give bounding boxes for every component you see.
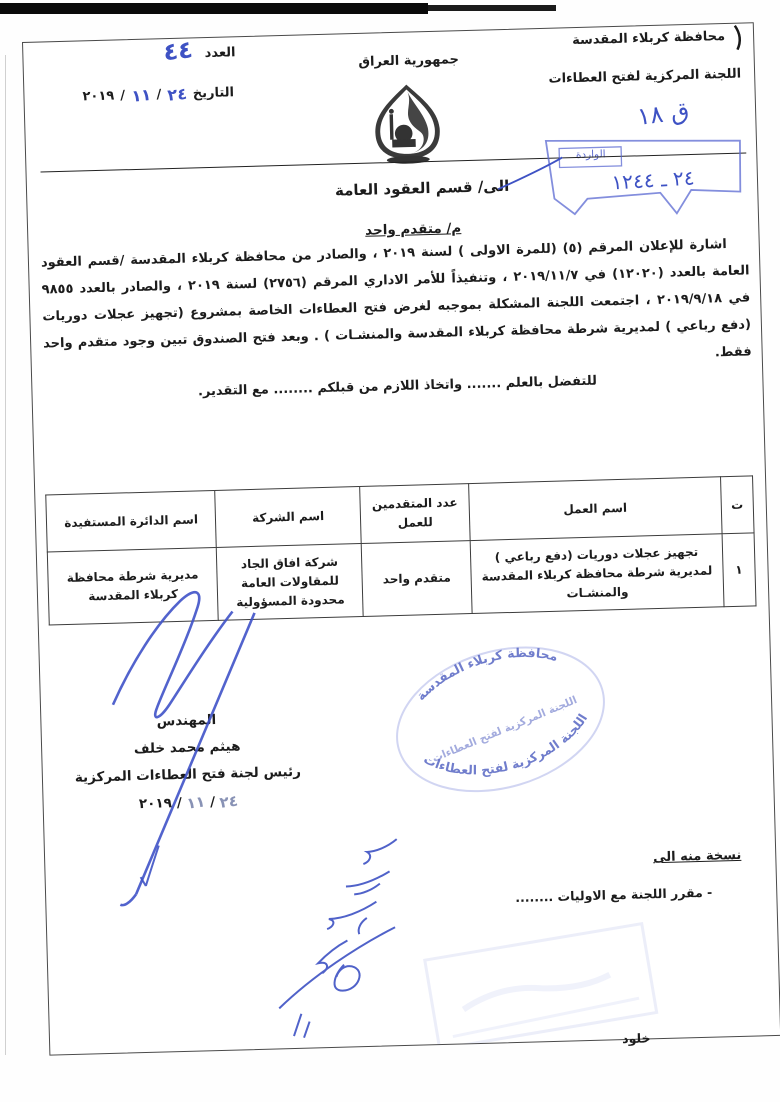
recipient-line: الى/ قسم العقود العامة xyxy=(297,176,547,201)
date-separator: / xyxy=(177,795,182,811)
date-separator: / xyxy=(156,87,161,102)
signature-date: ٢٠١٩ / ١١ / ٢٤ xyxy=(68,791,308,815)
copy-to-item: - مقرر اللجنة مع الاوليات ........ xyxy=(515,885,712,905)
col-header-beneficiary: اسم الدائرة المستفيدة xyxy=(46,490,217,552)
date-label: التاريخ xyxy=(193,85,235,101)
cell-no: ١ xyxy=(722,533,756,607)
blue-pen-annotation: ق ١٨ xyxy=(636,96,691,131)
oval-stamp-bottom-text: اللجنة المركزية لفتح العطاءات xyxy=(418,704,598,796)
svg-text:محافظة كربلاء المقدسة: محافظة كربلاء المقدسة xyxy=(407,630,563,706)
document-number-value-handwritten: ٤٤ xyxy=(162,39,193,62)
subject-line: م/ متقدم واحد xyxy=(328,219,498,240)
oval-stamp-middle-text: اللجنة المركزية لفتح العطاءات xyxy=(431,694,579,765)
typist-initials: خلود xyxy=(622,1030,651,1046)
document-number-label: العدد xyxy=(204,39,235,61)
col-header-no: ت xyxy=(720,476,754,534)
date-separator: / xyxy=(210,794,215,810)
date-separator: / xyxy=(120,88,125,103)
signature-block: المهندس هيثم محمد خلف رئيس لجنة فتح العط… xyxy=(66,710,309,815)
signer-title: المهندس xyxy=(66,710,306,732)
col-header-work-name: اسم العمل xyxy=(469,477,722,541)
signature-date-year: ٢٠١٩ xyxy=(139,795,172,812)
paper-sheet: محافظة كربلاء المقدسة اللجنة المركزية لف… xyxy=(22,22,780,1055)
date-month-handwritten: ١١ xyxy=(130,85,151,106)
cell-beneficiary: مديرية شرطة محافظة كربلاء المقدسة xyxy=(47,547,218,625)
copy-to-heading: نسخة منه الى xyxy=(653,848,742,865)
scanner-edge-bar xyxy=(0,3,428,14)
cell-work-name: تجهيز عجلات دوريات (دفع رباعي ) لمديرية … xyxy=(470,534,724,614)
scanned-document-page: محافظة كربلاء المقدسة اللجنة المركزية لف… xyxy=(0,0,780,1102)
bids-table: ت اسم العمل عدد المتقدمين للعمل اسم الشر… xyxy=(45,475,756,625)
col-header-applicants: عدد المتقدمين للعمل xyxy=(360,484,470,544)
scan-edge-line xyxy=(5,55,6,1055)
signer-role: رئيس لجنة فتح العطاءات المركزية xyxy=(68,764,308,786)
svg-text:اللجنة المركزية لفتح العطاءات: اللجنة المركزية لفتح العطاءات xyxy=(418,704,598,796)
oval-committee-stamp: محافظة كربلاء المقدسة اللجنة المركزية لف… xyxy=(379,621,622,814)
document-number-row: ٤٤ العدد xyxy=(163,39,236,62)
incoming-stamp-label: الواردة xyxy=(559,148,622,162)
scanner-edge-bar-thin xyxy=(428,5,556,11)
signer-name: هيثم محمد خلف xyxy=(67,737,307,759)
date-year: ٢٠١٩ xyxy=(82,89,114,105)
signature-date-day-handwritten: ٢٤ xyxy=(219,792,240,812)
cell-applicants: متقدم واحد xyxy=(361,541,472,617)
org-name-line2: اللجنة المركزية لفتح العطاءات xyxy=(548,67,741,87)
cell-company: شركة افاق الجاد للمقاولات العامة محدودة … xyxy=(216,544,363,621)
handwritten-note-strokes xyxy=(140,839,402,1042)
incoming-stamp-number-handwritten: ٢٤ ـ ١٢٤٤ xyxy=(566,163,739,198)
col-header-company: اسم الشركة xyxy=(215,487,362,548)
org-name-line1: محافظة كربلاء المقدسة xyxy=(572,29,725,48)
country-name: جمهورية العراق xyxy=(333,52,483,71)
oval-stamp-top-text: محافظة كربلاء المقدسة xyxy=(407,630,563,706)
karbala-emblem-logo xyxy=(362,81,452,167)
date-day-handwritten: ٢٤ xyxy=(166,84,187,105)
scan-corner-mark xyxy=(735,26,740,50)
body-paragraph: اشارة للإعلان المرقم (٥) (للمرة الاولى )… xyxy=(41,230,752,384)
document-date-row: ٢٠١٩ / ١١ / ٢٤ التاريخ xyxy=(82,83,234,106)
signature-date-month-handwritten: ١١ xyxy=(186,792,207,812)
